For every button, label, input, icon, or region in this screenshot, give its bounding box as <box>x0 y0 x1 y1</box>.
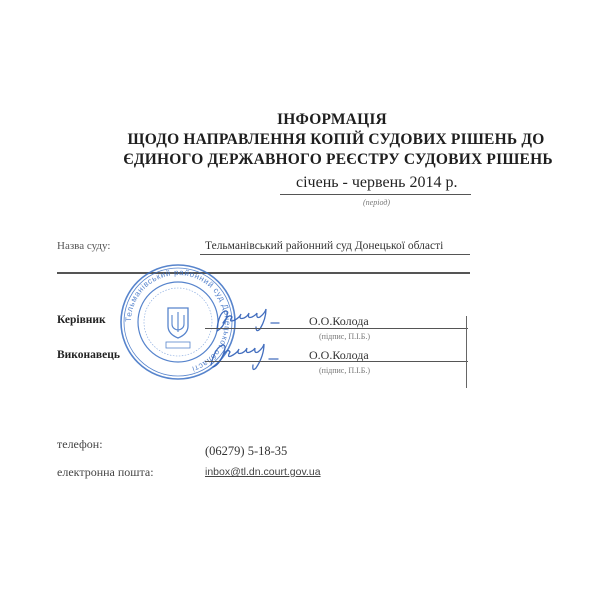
court-name-value: Тельманівський районний суд Донецької об… <box>205 240 443 252</box>
email-label: електронна пошта: <box>57 465 154 480</box>
head-signature-icon <box>205 305 290 337</box>
court-name-label: Назва суду: <box>57 240 110 252</box>
phone-value: (06279) 5-18-35 <box>205 444 287 459</box>
court-name-underline <box>200 254 470 255</box>
head-role-label: Керівник <box>57 314 106 326</box>
period-value: січень - червень 2014 р. <box>296 174 457 192</box>
signature-block-right-border <box>466 316 467 388</box>
head-signature-caption: (підпис, П.І.Б.) <box>319 332 370 341</box>
period-underline <box>280 194 471 195</box>
executor-signature-icon <box>205 339 290 377</box>
head-name: О.О.Колода <box>309 314 369 329</box>
document-title-line-1: ІНФОРМАЦІЯ <box>30 109 604 130</box>
period-caption: (період) <box>363 198 390 207</box>
executor-role-label: Виконавець <box>57 349 120 361</box>
email-link[interactable]: inbox@tl.dn.court.gov.ua <box>205 466 321 478</box>
executor-signature-caption: (підпис, П.І.Б.) <box>319 366 370 375</box>
executor-name: О.О.Колода <box>309 348 369 363</box>
document-title-line-2: ЩОДО НАПРАВЛЕННЯ КОПІЙ СУДОВИХ РІШЕНЬ ДО <box>34 129 604 150</box>
phone-label: телефон: <box>57 437 103 452</box>
document-title-line-3: ЄДИНОГО ДЕРЖАВНОГО РЕЄСТРУ СУДОВИХ РІШЕН… <box>36 149 604 170</box>
